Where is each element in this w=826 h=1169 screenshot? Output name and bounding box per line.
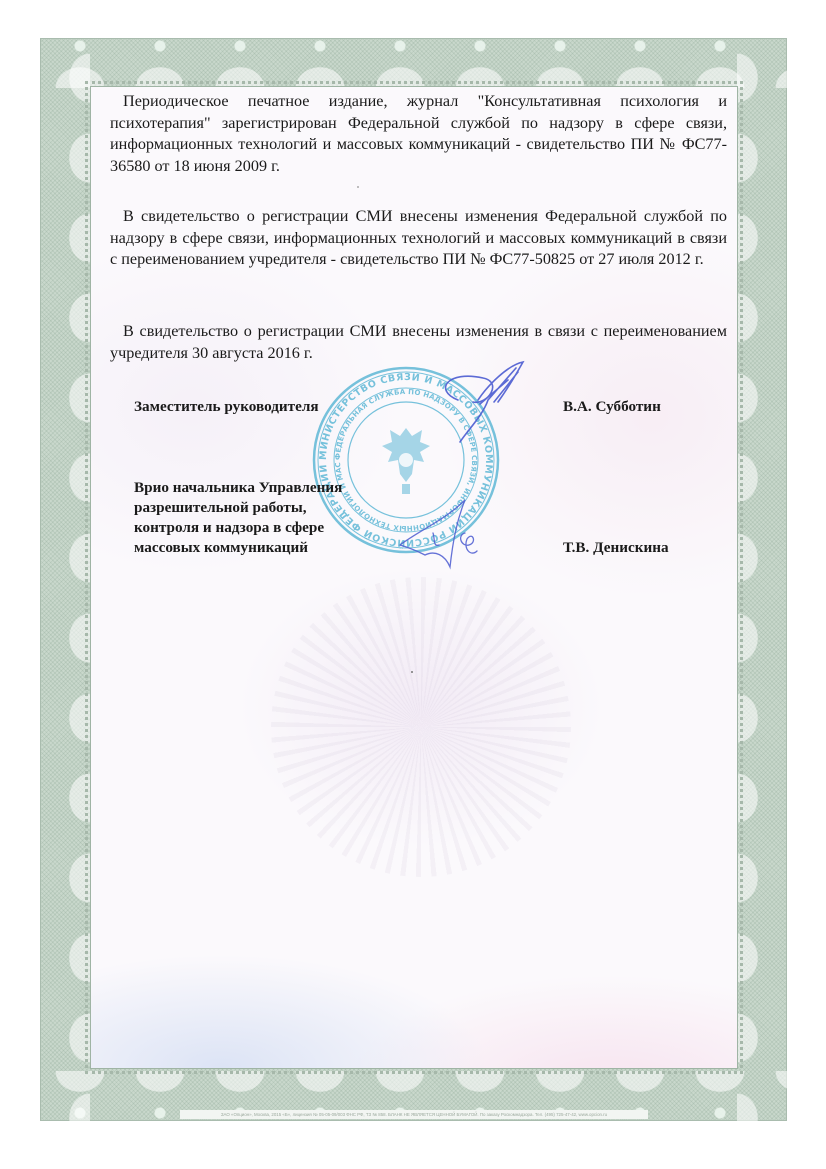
paragraph-amendment-2012: В свидетельство о регистрации СМИ внесен… — [110, 206, 727, 271]
signatory-1-name: В.А. Субботин — [563, 397, 661, 417]
signatory-2-title-line: контроля и надзора в сфере — [134, 518, 374, 538]
printer-imprint: ЗАО «Опцион», Москва, 2015 «Б», лицензия… — [180, 1110, 648, 1119]
signatory-2-title: Врио начальника Управления разрешительно… — [134, 478, 374, 558]
signatory-2-title-line: Врио начальника Управления — [134, 478, 374, 498]
scan-speck — [411, 671, 413, 673]
eagle-emblem-icon — [382, 428, 430, 494]
signature-deniskina — [395, 495, 485, 570]
signatory-1-title: Заместитель руководителя — [134, 397, 319, 417]
scan-speck — [357, 186, 359, 188]
paragraph-registration: Периодическое печатное издание, журнал "… — [110, 91, 727, 177]
signature-subbotin — [428, 360, 533, 450]
paragraph-amendment-2016: В свидетельство о регистрации СМИ внесен… — [110, 321, 727, 364]
guilloche-top — [40, 38, 787, 88]
signatory-2-title-line: массовых коммуникаций — [134, 538, 374, 558]
background-rosette — [271, 577, 571, 877]
signatory-2-title-line: разрешительной работы, — [134, 498, 374, 518]
guilloche-left — [40, 38, 90, 1121]
guilloche-right — [737, 38, 787, 1121]
signatory-2-name: Т.В. Денискина — [563, 538, 669, 558]
